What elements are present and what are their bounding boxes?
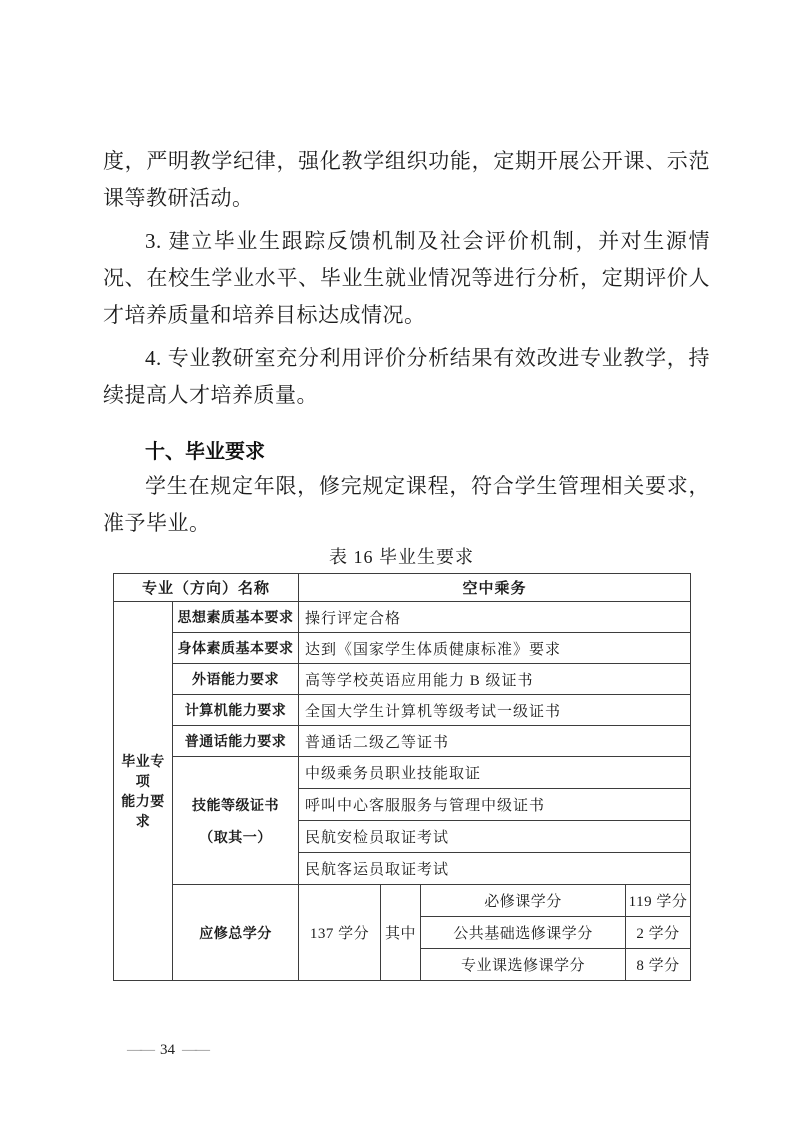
- table-row: 毕业专项 能力要求 思想素质基本要求 操行评定合格: [114, 602, 691, 633]
- table-row: 外语能力要求 高等学校英语应用能力 B 级证书: [114, 664, 691, 695]
- skill-cert-option: 民航客运员取证考试: [299, 853, 691, 885]
- row-label-ideology: 思想素质基本要求: [173, 602, 299, 633]
- header-cell-major-label: 专业（方向）名称: [114, 574, 299, 602]
- row-value-mandarin: 普通话二级乙等证书: [299, 726, 691, 757]
- body-paragraph-item-3: 3. 建立毕业生跟踪反馈机制及社会评价机制，并对生源情况、在校生学业水平、毕业生…: [103, 223, 710, 334]
- row-value-computer: 全国大学生计算机等级考试一级证书: [299, 695, 691, 726]
- body-paragraph-item-4: 4. 专业教研室充分利用评价分析结果有效改进专业教学，持续提高人才培养质量。: [103, 340, 710, 414]
- table-row: 技能等级证书 （取其一） 中级乘务员职业技能取证: [114, 757, 691, 789]
- credits-label-cell: 应修总学分: [173, 885, 299, 981]
- page-number-dash-right: ——: [182, 1042, 208, 1059]
- credits-breakdown-value: 2 学分: [626, 917, 691, 949]
- table-row: 身体素质基本要求 达到《国家学生体质健康标准》要求: [114, 633, 691, 664]
- row-label-computer: 计算机能力要求: [173, 695, 299, 726]
- graduation-requirements-table: 专业（方向）名称 空中乘务 毕业专项 能力要求 思想素质基本要求 操行评定合格 …: [113, 573, 691, 981]
- table-row: 应修总学分 137 学分 其中 必修课学分 119 学分: [114, 885, 691, 917]
- row-label-foreign-language: 外语能力要求: [173, 664, 299, 695]
- page-number-dash-left: ——: [127, 1042, 153, 1059]
- body-paragraph-continuation: 度，严明教学纪律，强化教学组织功能，定期开展公开课、示范课等教研活动。: [103, 143, 710, 217]
- row-value-foreign-language: 高等学校英语应用能力 B 级证书: [299, 664, 691, 695]
- document-content: 度，严明教学纪律，强化教学组织功能，定期开展公开课、示范课等教研活动。 3. 建…: [103, 143, 710, 981]
- credits-breakdown-name: 专业课选修课学分: [421, 949, 626, 981]
- group-label-line2: 能力要求: [116, 791, 170, 831]
- table-caption: 表 16 毕业生要求: [113, 546, 690, 568]
- page-number: —— 34 ——: [127, 1042, 208, 1059]
- skill-cert-label-line2: （取其一）: [175, 827, 296, 847]
- credits-total-cell: 137 学分: [299, 885, 381, 981]
- credits-among-cell: 其中: [381, 885, 421, 981]
- skill-cert-option: 中级乘务员职业技能取证: [299, 757, 691, 789]
- header-cell-major-value: 空中乘务: [299, 574, 691, 602]
- credits-breakdown-name: 公共基础选修课学分: [421, 917, 626, 949]
- table-row: 普通话能力要求 普通话二级乙等证书: [114, 726, 691, 757]
- group-label-line1: 毕业专项: [116, 751, 170, 791]
- skill-cert-option: 呼叫中心客服服务与管理中级证书: [299, 789, 691, 821]
- skill-cert-label-line1: 技能等级证书: [175, 795, 296, 815]
- row-label-mandarin: 普通话能力要求: [173, 726, 299, 757]
- section-heading: 十、毕业要求: [103, 436, 710, 468]
- page-number-value: 34: [160, 1042, 175, 1059]
- credits-breakdown-value: 8 学分: [626, 949, 691, 981]
- row-label-physical: 身体素质基本要求: [173, 633, 299, 664]
- graduation-paragraph: 学生在规定年限，修完规定课程，符合学生管理相关要求，准予毕业。: [103, 468, 710, 542]
- skill-cert-option: 民航安检员取证考试: [299, 821, 691, 853]
- table-block: 表 16 毕业生要求 专业（方向）名称 空中乘务 毕业专项 能力要求 思想素质基…: [113, 546, 690, 981]
- skill-cert-label-cell: 技能等级证书 （取其一）: [173, 757, 299, 885]
- row-value-ideology: 操行评定合格: [299, 602, 691, 633]
- credits-breakdown-value: 119 学分: [626, 885, 691, 917]
- credits-breakdown-name: 必修课学分: [421, 885, 626, 917]
- table-row: 计算机能力要求 全国大学生计算机等级考试一级证书: [114, 695, 691, 726]
- row-value-physical: 达到《国家学生体质健康标准》要求: [299, 633, 691, 664]
- row-group-label-cell: 毕业专项 能力要求: [114, 602, 173, 981]
